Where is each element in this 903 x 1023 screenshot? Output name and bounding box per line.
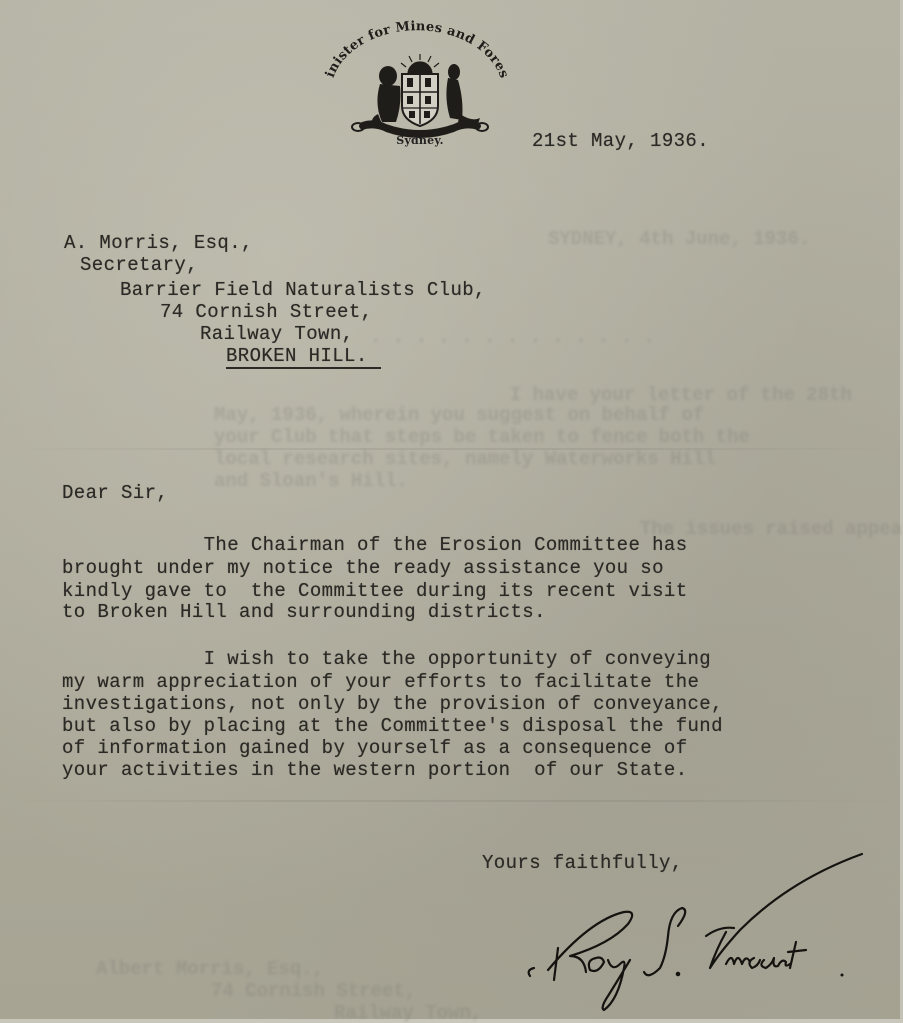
town-underline: [226, 367, 381, 369]
show-through-text: . . . . . . . . . . . . .: [370, 326, 655, 348]
letter-date: 21st May, 1936.: [532, 130, 709, 152]
paragraph-line: of information gained by yourself as a c…: [62, 737, 688, 759]
paper-fold-line: [0, 800, 903, 802]
paragraph-line: but also by placing at the Committee's d…: [62, 715, 723, 737]
show-through-text: and Sloan's Hill.: [214, 470, 408, 492]
show-through-text: I have your letter of the 28th: [430, 384, 852, 406]
paragraph-line: The Chairman of the Erosion Committee ha…: [62, 534, 688, 556]
coat-of-arms-icon: Minister for Mines and Forests: [322, 14, 518, 154]
letterhead-crest: Minister for Mines and Forests: [322, 14, 518, 154]
paragraph-line: my warm appreciation of your efforts to …: [62, 671, 699, 693]
paragraph-line: investigations, not only by the provisio…: [62, 693, 723, 715]
address-line: Secretary,: [80, 254, 198, 276]
paragraph-line: to Broken Hill and surrounding districts…: [62, 601, 546, 623]
address-line: Barrier Field Naturalists Club,: [120, 279, 486, 301]
show-through-text: Albert Morris, Esq.,: [96, 958, 324, 980]
paragraph-line: I wish to take the opportunity of convey…: [62, 648, 711, 670]
show-through-text: your Club that steps be taken to fence b…: [214, 426, 750, 448]
address-line: 74 Cornish Street,: [160, 301, 372, 323]
paragraph-line: kindly gave to the Committee during its …: [62, 580, 688, 602]
address-line: A. Morris, Esq.,: [64, 232, 253, 254]
paragraph-line: brought under my notice the ready assist…: [62, 557, 664, 579]
show-through-text: local research sites, namely Waterworks …: [214, 448, 716, 470]
show-through-text: May, 1936, wherein you suggest on behalf…: [214, 404, 704, 426]
letterhead-city: Sydney.: [385, 134, 455, 147]
salutation: Dear Sir,: [62, 482, 168, 504]
address-line: Railway Town,: [200, 323, 353, 345]
show-through-text: Railway Town,: [220, 1002, 482, 1023]
signature: [520, 840, 880, 1020]
paragraph-line: your activities in the western portion o…: [62, 759, 688, 781]
address-line-town: BROKEN HILL.: [226, 345, 368, 367]
letter-page: SYDNEY, 4th June, 1936. . . . . . . . . …: [0, 0, 903, 1023]
show-through-text: 74 Cornish Street,: [154, 980, 416, 1002]
handwritten-signature-icon: [520, 840, 880, 1020]
show-through-text: SYDNEY, 4th June, 1936.: [548, 228, 810, 250]
